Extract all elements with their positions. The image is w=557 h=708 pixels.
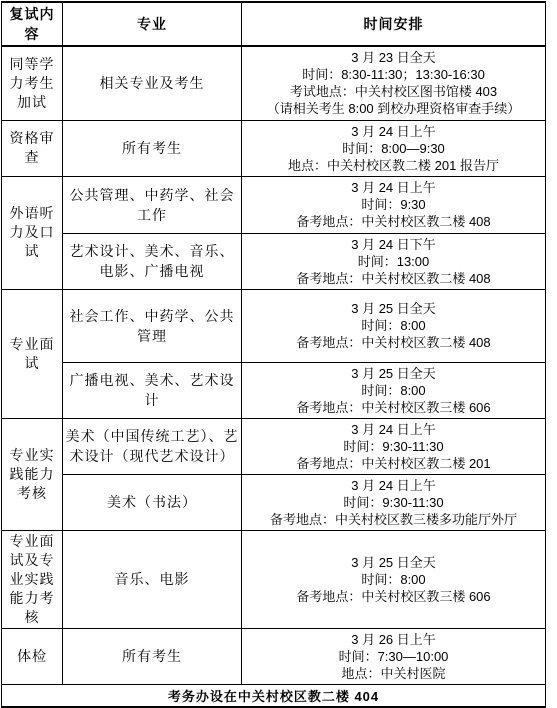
schedule-cell: 3 月 23 日全天 时间：8:30-11:30；13:30-16:30 考试地…: [242, 46, 546, 120]
schedule-line: 时间：9:30-11:30: [246, 438, 541, 455]
table-row: 专业面试及专业实践能力考核 音乐、电影 3 月 25 日全天 时间：8:00 备…: [2, 530, 546, 628]
schedule-cell: 3 月 24 日上午 时间：9:30-11:30 备考地点：中关村校区教二楼 2…: [242, 418, 546, 474]
header-cell-schedule: 时间安排: [242, 2, 546, 46]
schedule-line: 备考地点：中关村校区教二楼 201: [246, 455, 541, 472]
schedule-line: 时间：8:00: [246, 317, 541, 334]
schedule-cell: 3 月 24 日上午 时间：9:30-11:30 备考地点：中关村校区教三楼多功…: [242, 474, 546, 530]
schedule-line: 时间：8:30-11:30；13:30-16:30: [246, 66, 541, 83]
header-cell-major: 专业: [63, 2, 242, 46]
schedule-line: 3 月 25 日全天: [246, 365, 541, 382]
schedule-line: 时间：8:00: [246, 571, 541, 588]
table-row: 艺术设计、美术、音乐、电影、广播电视 3 月 24 日下午 时间：13:00 备…: [2, 233, 546, 289]
section-label-cell: 资格审查: [2, 120, 63, 176]
table-row: 专业面试 社会工作、中药学、公共管理 3 月 25 日全天 时间：8:00 备考…: [2, 289, 546, 362]
schedule-line: 备考地点：中关村校区教二楼 408: [246, 213, 541, 230]
schedule-cell: 3 月 26 日上午 时间：7:30—10:00 地点：中关村医院: [242, 628, 546, 684]
major-cell: 所有考生: [63, 628, 242, 684]
schedule-line: 时间：13:00: [246, 253, 541, 270]
schedule-line: 备考地点：中关村校区教三楼 606: [246, 588, 541, 605]
section-label-cell: 专业实践能力考核: [2, 418, 63, 530]
major-cell: 公共管理、中药学、社会工作: [63, 176, 242, 233]
schedule-line: 备考地点：中关村校区教三楼多功能厅外厅: [246, 511, 541, 528]
header-row: 复试内容 专业 时间安排: [2, 2, 546, 46]
section-label-cell: 专业面试及专业实践能力考核: [2, 530, 63, 628]
table-row: 广播电视、美术、艺术设计 3 月 25 日全天 时间：8:00 备考地点：中关村…: [2, 362, 546, 418]
schedule-line: 3 月 24 日上午: [246, 123, 541, 140]
schedule-line: 考试地点：中关村校区图书馆楼 403: [246, 83, 541, 100]
schedule-line: 3 月 23 日全天: [246, 49, 541, 66]
schedule-line: 3 月 24 日上午: [246, 421, 541, 438]
table-row: 资格审查 所有考生 3 月 24 日上午 时间：8:00—9:30 地点：中关村…: [2, 120, 546, 176]
section-label-cell: 体检: [2, 628, 63, 684]
schedule-line: 3 月 25 日全天: [246, 554, 541, 571]
table-row: 专业实践能力考核 美术（中国传统工艺）、艺术设计（现代艺术设计） 3 月 24 …: [2, 418, 546, 474]
major-cell: 广播电视、美术、艺术设计: [63, 362, 242, 418]
table-row: 体检 所有考生 3 月 26 日上午 时间：7:30—10:00 地点：中关村医…: [2, 628, 546, 684]
schedule-line: 3 月 25 日全天: [246, 300, 541, 317]
footer-cell: 考务办设在中关村校区教二楼 404: [2, 684, 546, 707]
major-cell: 相关专业及考生: [63, 46, 242, 120]
schedule-line: 3 月 26 日上午: [246, 631, 541, 648]
schedule-line: 时间：9:30: [246, 196, 541, 213]
schedule-line: 地点：中关村校区教二楼 201 报告厅: [246, 157, 541, 174]
section-label-cell: 外语听力及口试: [2, 176, 63, 289]
table-row: 美术（书法） 3 月 24 日上午 时间：9:30-11:30 备考地点：中关村…: [2, 474, 546, 530]
schedule-line: 备考地点：中关村校区教三楼 606: [246, 399, 541, 416]
footer-row: 考务办设在中关村校区教二楼 404: [2, 684, 546, 707]
schedule-cell: 3 月 25 日全天 时间：8:00 备考地点：中关村校区教三楼 606: [242, 530, 546, 628]
schedule-line: 时间：8:00—9:30: [246, 140, 541, 157]
major-cell: 社会工作、中药学、公共管理: [63, 289, 242, 362]
schedule-line: 3 月 24 日下午: [246, 236, 541, 253]
schedule-line: 时间：9:30-11:30: [246, 494, 541, 511]
header-cell-content: 复试内容: [2, 2, 63, 46]
exam-schedule-table: 复试内容 专业 时间安排 同等学力考生加试 相关专业及考生 3 月 23 日全天…: [1, 1, 546, 708]
schedule-cell: 3 月 24 日上午 时间：9:30 备考地点：中关村校区教二楼 408: [242, 176, 546, 233]
section-label-cell: 同等学力考生加试: [2, 46, 63, 120]
page: 复试内容 专业 时间安排 同等学力考生加试 相关专业及考生 3 月 23 日全天…: [0, 0, 557, 677]
schedule-cell: 3 月 24 日上午 时间：8:00—9:30 地点：中关村校区教二楼 201 …: [242, 120, 546, 176]
major-cell: 所有考生: [63, 120, 242, 176]
schedule-line: 时间：7:30—10:00: [246, 648, 541, 665]
major-cell: 美术（书法）: [63, 474, 242, 530]
section-label-cell: 专业面试: [2, 289, 63, 418]
table-row: 外语听力及口试 公共管理、中药学、社会工作 3 月 24 日上午 时间：9:30…: [2, 176, 546, 233]
schedule-line: 备考地点：中关村校区教二楼 408: [246, 334, 541, 351]
schedule-line: （请相关考生 8:00 到校办理资格审查手续）: [246, 100, 541, 117]
major-cell: 美术（中国传统工艺）、艺术设计（现代艺术设计）: [63, 418, 242, 474]
schedule-line: 备考地点：中关村校区教二楼 408: [246, 270, 541, 287]
table-row: 同等学力考生加试 相关专业及考生 3 月 23 日全天 时间：8:30-11:3…: [2, 46, 546, 120]
schedule-cell: 3 月 25 日全天 时间：8:00 备考地点：中关村校区教二楼 408: [242, 289, 546, 362]
major-cell: 音乐、电影: [63, 530, 242, 628]
schedule-cell: 3 月 25 日全天 时间：8:00 备考地点：中关村校区教三楼 606: [242, 362, 546, 418]
schedule-line: 地点：中关村医院: [246, 665, 541, 682]
schedule-line: 时间：8:00: [246, 382, 541, 399]
schedule-line: 3 月 24 日上午: [246, 179, 541, 196]
schedule-cell: 3 月 24 日下午 时间：13:00 备考地点：中关村校区教二楼 408: [242, 233, 546, 289]
schedule-line: 3 月 24 日上午: [246, 477, 541, 494]
major-cell: 艺术设计、美术、音乐、电影、广播电视: [63, 233, 242, 289]
